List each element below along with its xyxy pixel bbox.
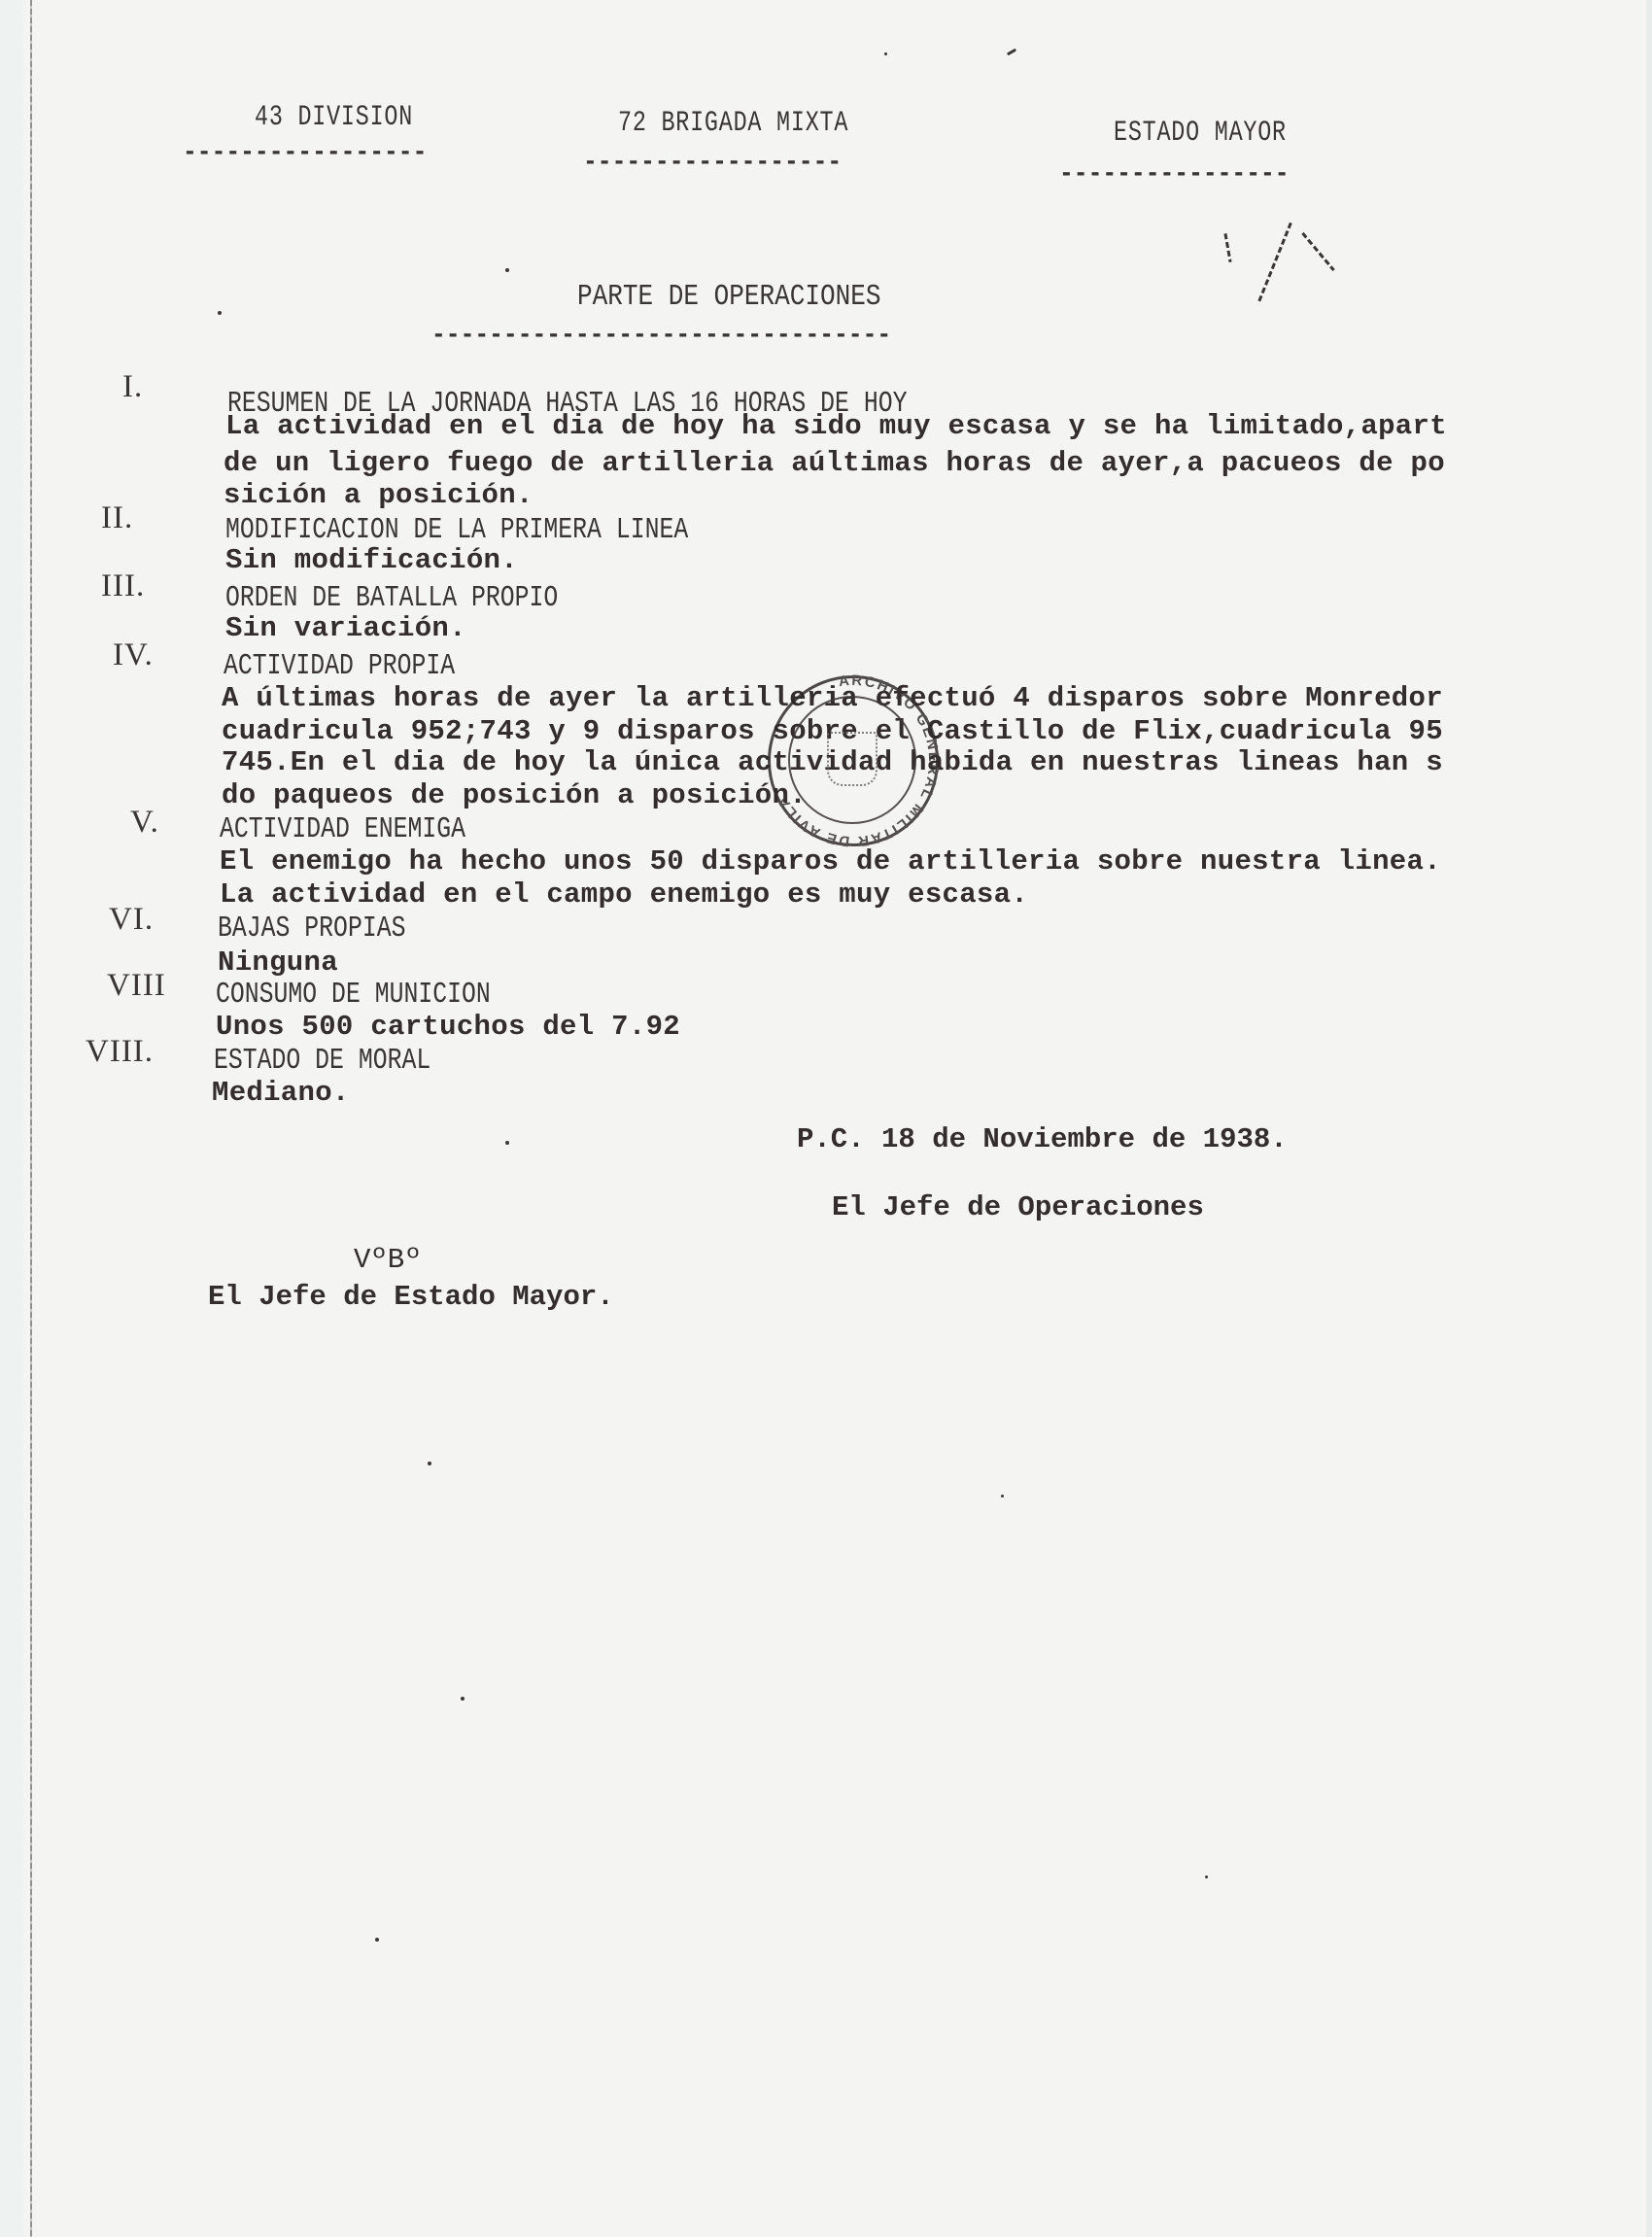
stamp-crest-icon [827, 732, 878, 786]
operations-chief: El Jefe de Operaciones [832, 1191, 1204, 1223]
section-numeral: IV. [113, 637, 154, 673]
section-line: Ninguna [218, 946, 338, 979]
section-numeral: VI. [109, 902, 154, 938]
section-numeral: VIII [107, 968, 166, 1004]
section-numeral: VIII. [86, 1034, 154, 1070]
section-heading: CONSUMO DE MUNICION [216, 978, 491, 1012]
document-title: PARTE DE OPERACIONES [577, 280, 881, 314]
section-line: Unos 500 cartuchos del 7.92 [216, 1011, 680, 1043]
archive-stamp: ARCHIVO GENERAL MILITAR DE AVILA [768, 675, 939, 846]
section-numeral: II. [101, 500, 133, 536]
section-numeral: I. [122, 369, 143, 405]
section-line: do paqueos de posición a posición. [222, 779, 807, 811]
section-line: de un ligero fuego de artilleria aúltima… [224, 447, 1445, 479]
section-line: El enemigo ha hecho unos 50 disparos de … [220, 845, 1441, 878]
section-heading: BAJAS PROPIAS [218, 912, 405, 946]
title-underline: -------------------------------- [431, 321, 891, 351]
staff-chief: El Jefe de Estado Mayor. [208, 1281, 614, 1313]
scan-margin-right [1646, 0, 1652, 2237]
section-line: sición a posición. [224, 479, 533, 511]
approval-mark: VºBº [354, 1244, 422, 1276]
scan-margin [0, 0, 23, 2237]
section-heading: ACTIVIDAD PROPIA [224, 649, 455, 683]
page-edge [30, 0, 32, 2237]
section-line: La actividad en el dia de hoy ha sido mu… [225, 410, 1447, 442]
section-line: Mediano. [212, 1077, 350, 1109]
header-brigade: 72 BRIGADA MIXTA [618, 107, 848, 140]
section-numeral: III. [101, 568, 145, 604]
header-brigade-underline: ------------------ [583, 148, 842, 178]
header-division: 43 DIVISION [255, 101, 413, 134]
section-heading: ORDEN DE BATALLA PROPIO [225, 581, 558, 615]
section-line: La actividad en el campo enemigo es muy … [220, 878, 1028, 911]
section-heading: ACTIVIDAD ENEMIGA [220, 812, 465, 846]
header-staff-underline: ---------------- [1059, 159, 1290, 189]
section-line: Sin variación. [225, 612, 466, 644]
header-staff: ESTADO MAYOR [1114, 117, 1287, 150]
section-line: Sin modificación. [225, 544, 518, 576]
header-division-underline: ----------------- [183, 138, 427, 168]
place-date: P.C. 18 de Noviembre de 1938. [797, 1123, 1288, 1155]
section-heading: MODIFICACION DE LA PRIMERA LINEA [225, 513, 688, 547]
section-heading: ESTADO DE MORAL [214, 1044, 430, 1078]
section-numeral: V. [130, 805, 159, 841]
